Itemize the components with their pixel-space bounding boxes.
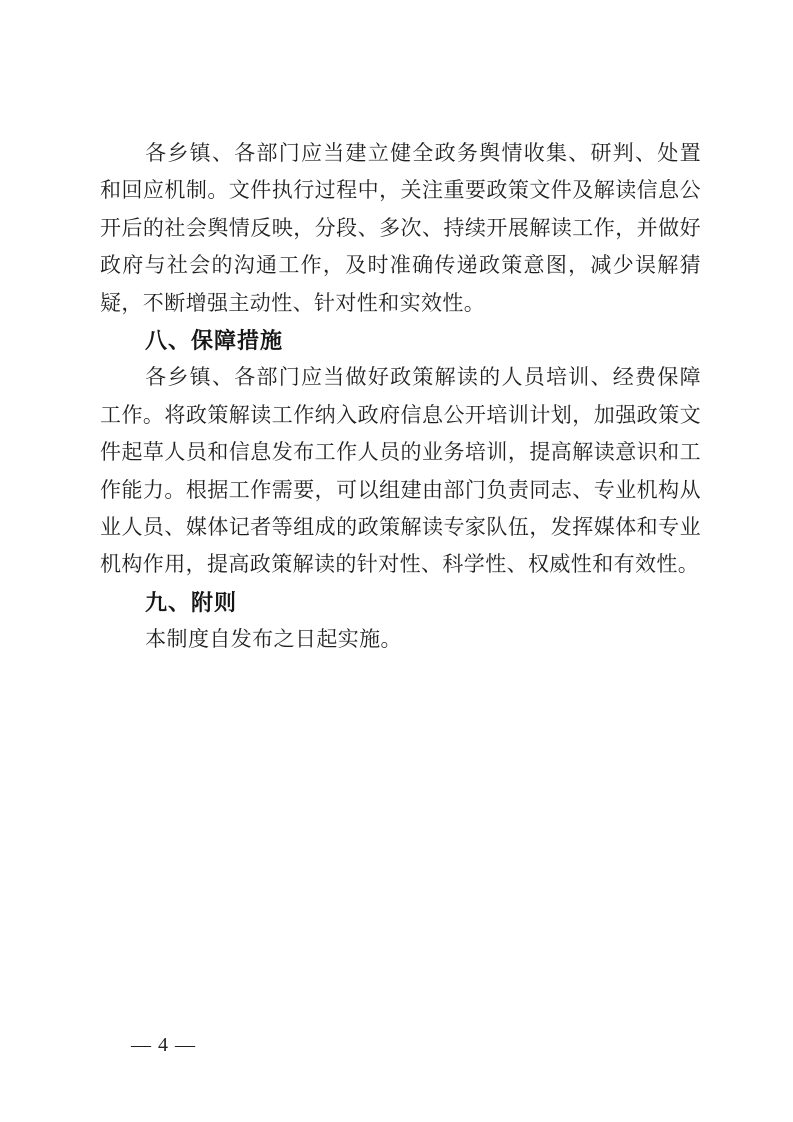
page-number: — 4 — <box>131 1034 196 1057</box>
heading-section-8-safeguard-measures: 八、保障措施 <box>100 322 701 359</box>
paragraph-public-opinion-mechanism: 各乡镇、各部门应当建立健全政务舆情收集、研判、处置和回应机制。文件执行过程中，关… <box>100 135 701 322</box>
heading-section-9-supplementary-provisions: 九、附则 <box>100 584 701 621</box>
paragraph-safeguard-measures: 各乡镇、各部门应当做好政策解读的人员培训、经费保障工作。将政策解读工作纳入政府信… <box>100 359 701 583</box>
document-page: 各乡镇、各部门应当建立健全政务舆情收集、研判、处置和回应机制。文件执行过程中，关… <box>0 0 793 1122</box>
paragraph-effective-date: 本制度自发布之日起实施。 <box>100 621 701 658</box>
document-body: 各乡镇、各部门应当建立健全政务舆情收集、研判、处置和回应机制。文件执行过程中，关… <box>100 135 701 659</box>
